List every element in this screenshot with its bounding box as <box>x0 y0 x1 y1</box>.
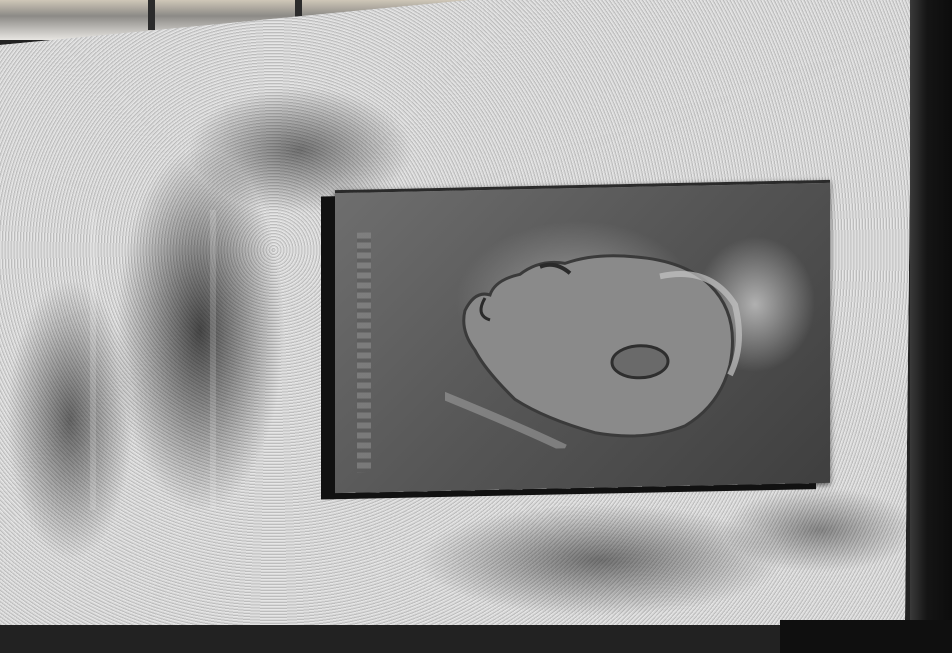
fence-post <box>148 0 155 30</box>
dark-background-edge <box>910 0 952 653</box>
portrait-profile-relief <box>445 215 745 451</box>
photograph <box>0 0 952 653</box>
dark-foreground-object <box>780 620 952 653</box>
plaque-inscription <box>357 232 371 472</box>
bronze-relief-plaque <box>335 180 830 493</box>
stone-engraved-lettering <box>30 210 260 510</box>
